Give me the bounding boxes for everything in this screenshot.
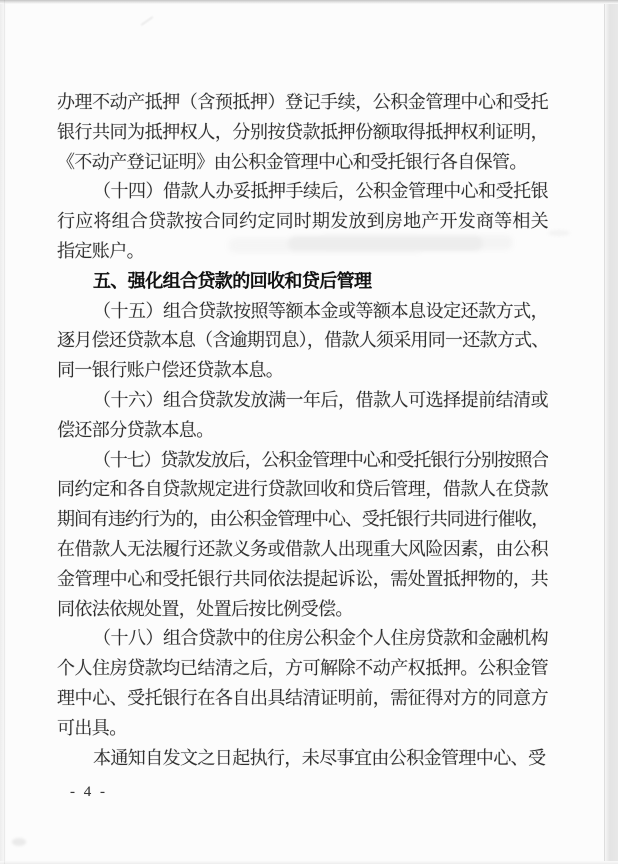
scan-speck	[141, 16, 154, 26]
text-line: （十五）组合贷款按照等额本金或等额本息设定还款方式，	[57, 297, 548, 327]
text-line: 可出具。	[57, 714, 548, 744]
document-body: 办理不动产抵押（含预抵押）登记手续，公积金管理中心和受托 银行共同为抵押权人，分…	[57, 88, 548, 773]
text-line: 期间有违约行为的，由公积金管理中心、受托银行共同进行催收，	[57, 505, 548, 535]
scan-edge-top	[0, 0, 618, 4]
text-line: 同约定和各自贷款规定进行贷款回收和贷后管理，借款人在贷款	[57, 475, 548, 505]
scan-crease-line	[4, 0, 5, 864]
text-line: （十六）组合贷款发放满一年后，借款人可选择提前结清或	[57, 386, 548, 416]
scan-edge-left	[0, 0, 6, 864]
scan-edge-right	[604, 0, 618, 864]
text-line: 本通知自发文之日起执行，未尽事宜由公积金管理中心、受	[57, 744, 548, 774]
text-line: 偿还部分贷款本息。	[57, 416, 548, 446]
scanned-document-page: { "page": { "footer_page_number": "- 4 -…	[0, 0, 618, 864]
text-line: 银行共同为抵押权人，分别按贷款抵押份额取得抵押权利证明，	[57, 118, 548, 148]
text-line: （十八）组合贷款中的住房公积金个人住房贷款和金融机构	[57, 624, 548, 654]
text-line: 同一银行账户偿还贷款本息。	[57, 356, 548, 386]
text-line: 在借款人无法履行还款义务或借款人出现重大风险因素，由公积	[57, 535, 548, 565]
text-line: 办理不动产抵押（含预抵押）登记手续，公积金管理中心和受托	[57, 88, 548, 118]
text-line: 逐月偿还贷款本息（含逾期罚息），借款人须采用同一还款方式、	[57, 326, 548, 356]
text-line: 金管理中心和受托银行共同依法提起诉讼，需处置抵押物的，共	[57, 565, 548, 595]
text-line: 行应将组合贷款按合同约定同时期发放到房地产开发商等相关	[57, 207, 548, 237]
page-number: - 4 -	[70, 784, 108, 801]
text-line: 同依法依规处置，处置后按比例受偿。	[57, 595, 548, 625]
text-line: 《不动产登记证明》由公积金管理中心和受托银行各自保管。	[57, 148, 548, 178]
text-line: （十四）借款人办妥抵押手续后，公积金管理中心和受托银	[57, 177, 548, 207]
text-line: （十七）贷款发放后，公积金管理中心和受托银行分别按照合	[57, 446, 548, 476]
scan-speck	[12, 838, 26, 846]
scan-speck	[548, 230, 570, 236]
section-heading-text: 五、强化组合贷款的回收和贷后管理	[57, 267, 548, 297]
text-line: 指定账户。	[57, 237, 548, 267]
text-line: 理中心、受托银行在各自出具结清证明前，需征得对方的同意方	[57, 684, 548, 714]
text-line: 个人住房贷款均已结清之后，方可解除不动产权抵押。公积金管	[57, 654, 548, 684]
